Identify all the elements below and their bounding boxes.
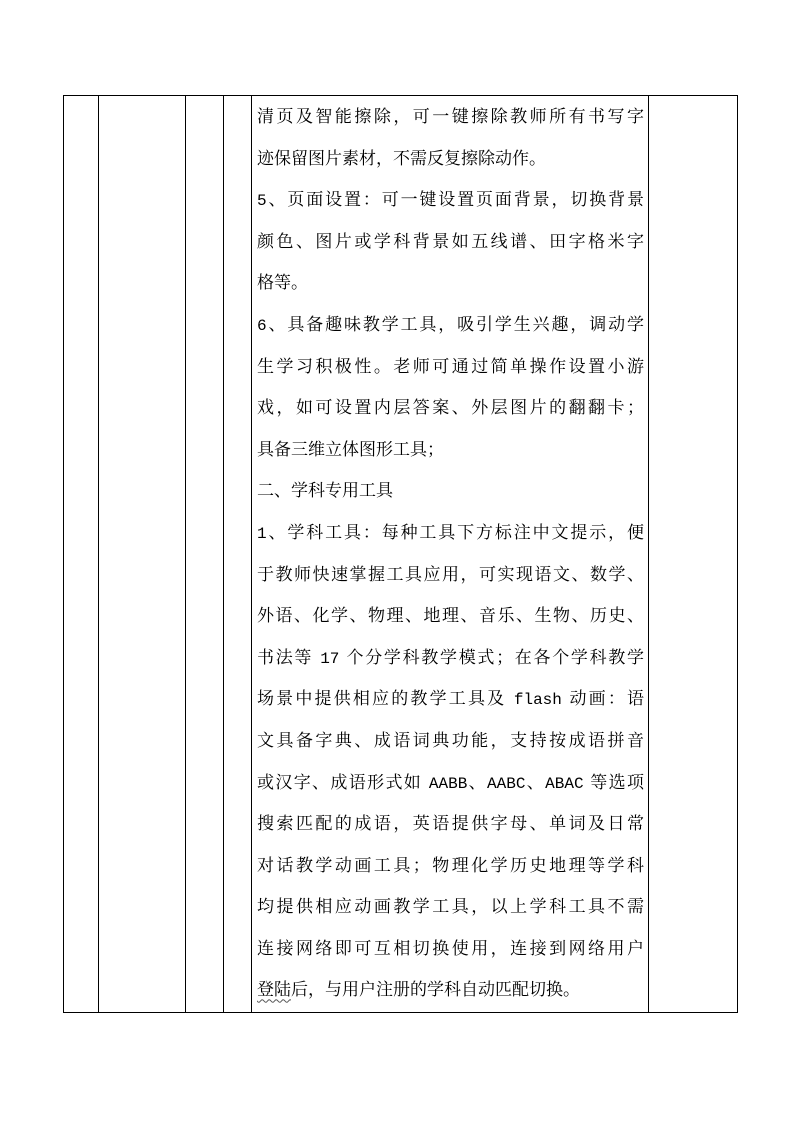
- document-page: 清页及智能擦除，可一键擦除教师所有书写字迹保留图片素材，不需反复擦除动作。5、页…: [0, 0, 793, 1122]
- latin-text: ABAC: [545, 775, 583, 793]
- latin-text: flash: [514, 691, 562, 709]
- latin-text: 6: [257, 317, 267, 335]
- text-line: 1、学科工具：每种工具下方标注中文提示，便: [257, 513, 644, 555]
- text-line: 搜索匹配的成语，英语提供字母、单词及日常: [257, 804, 644, 846]
- table-cell-3: [186, 96, 224, 1013]
- text-line: 登陆后，与用户注册的学科自动匹配切换。: [257, 970, 644, 1012]
- text-line: 格等。: [257, 263, 644, 305]
- spellcheck-underline: 登陆: [257, 980, 291, 1000]
- table-cell-4: [224, 96, 252, 1013]
- text-line: 清页及智能擦除，可一键擦除教师所有书写字: [257, 97, 644, 139]
- latin-text: 17: [320, 650, 339, 668]
- text-line: 连接网络即可互相切换使用，连接到网络用户: [257, 929, 644, 971]
- text-line: 具备三维立体图形工具；: [257, 430, 644, 472]
- text-line: 或汉字、成语形式如 AABB、AABC、ABAC 等选项: [257, 763, 644, 805]
- text-line: 外语、化学、物理、地理、音乐、生物、历史、: [257, 596, 644, 638]
- latin-text: AABB: [429, 775, 467, 793]
- table-cell-6: [649, 96, 738, 1013]
- text-line: 颜色、图片或学科背景如五线谱、田字格米字: [257, 222, 644, 264]
- text-line: 场景中提供相应的教学工具及 flash 动画：语: [257, 679, 644, 721]
- text-line: 书法等 17 个分学科教学模式；在各个学科教学: [257, 638, 644, 680]
- main-text-cell: 清页及智能擦除，可一键擦除教师所有书写字迹保留图片素材，不需反复擦除动作。5、页…: [252, 96, 649, 1013]
- latin-text: 1: [257, 525, 267, 543]
- latin-text: AABC: [487, 775, 525, 793]
- text-line: 于教师快速掌握工具应用，可实现语文、数学、: [257, 555, 644, 597]
- text-line: 文具备字典、成语词典功能，支持按成语拼音: [257, 721, 644, 763]
- text-line: 生学习积极性。老师可通过简单操作设置小游: [257, 347, 644, 389]
- text-line: 戏，如可设置内层答案、外层图片的翻翻卡；: [257, 388, 644, 430]
- text-line: 均提供相应动画教学工具，以上学科工具不需: [257, 887, 644, 929]
- latin-text: 5: [257, 192, 267, 210]
- text-line: 迹保留图片素材，不需反复擦除动作。: [257, 139, 644, 181]
- table-cell-2: [99, 96, 186, 1013]
- spec-table: 清页及智能擦除，可一键擦除教师所有书写字迹保留图片素材，不需反复擦除动作。5、页…: [63, 95, 738, 1013]
- text-line: 二、学科专用工具: [257, 471, 644, 513]
- table-row: 清页及智能擦除，可一键擦除教师所有书写字迹保留图片素材，不需反复擦除动作。5、页…: [64, 96, 738, 1013]
- text-line: 对话教学动画工具；物理化学历史地理等学科: [257, 846, 644, 888]
- text-line: 6、具备趣味教学工具，吸引学生兴趣，调动学: [257, 305, 644, 347]
- text-line: 5、页面设置：可一键设置页面背景，切换背景: [257, 180, 644, 222]
- table-cell-1: [64, 96, 99, 1013]
- main-text-block: 清页及智能擦除，可一键擦除教师所有书写字迹保留图片素材，不需反复擦除动作。5、页…: [252, 96, 648, 1012]
